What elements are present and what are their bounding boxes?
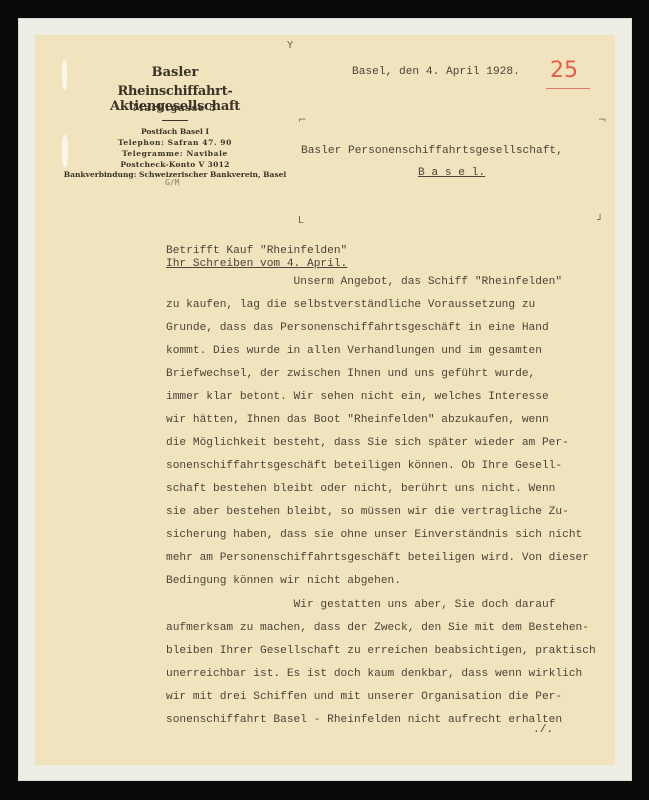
subject-line-2: Ihr Schreiben vom 4. April. [166,258,347,270]
body-line: sicherung haben, dass sie ohne unser Ein… [166,529,582,541]
body-line: sie aber bestehen bleibt, so müssen wir … [166,506,569,518]
body-line: Grunde, dass das Personenschiffahrtsgesc… [166,322,549,334]
initials-mark: G/M [165,178,179,187]
continuation-mark: ./. [533,724,553,736]
annotation-underline [546,88,590,89]
fold-mark-icon: Y [287,40,293,51]
page-number-annotation: 25 [550,58,578,83]
corner-mark-bottom-right-icon: ┘ [597,215,603,226]
letterhead-telegram: Telegramme: Navibale [60,148,290,159]
corner-mark-top-right-icon: ¬ [598,115,606,126]
company-address: Marktgasse 5 [60,103,290,114]
body-line: wir hätten, Ihnen das Boot "Rheinfelden"… [166,414,549,426]
corner-mark-bottom-left-icon: L [298,215,304,226]
letterhead-postcheck: Postcheck-Konto V 3012 [60,159,290,170]
body-line: aufmerksam zu machen, dass der Zweck, de… [166,622,589,634]
body-line: bleiben Ihrer Gesellschaft zu erreichen … [166,645,596,657]
body-line: Wir gestatten uns aber, Sie doch darauf [166,599,555,611]
body-line: zu kaufen, lag die selbstverständliche V… [166,299,535,311]
date-line: Basel, den 4. April 1928. [352,66,520,78]
body-line: Bedingung können wir nicht abgehen. [166,575,401,587]
recipient-name: Basler Personenschiffahrtsgesellschaft, [301,145,563,157]
body-line: kommt. Dies wurde in allen Verhandlungen… [166,345,542,357]
body-line: schaft bestehen bleibt oder nicht, berüh… [166,483,555,495]
letterhead-postfach: Postfach Basel I [60,126,290,137]
body-line: die Möglichkeit besteht, dass Sie sich s… [166,437,569,449]
body-line: mehr am Personenschiffahrtsgeschäft bete… [166,552,589,564]
corner-mark-top-left-icon: ⌐ [298,115,306,126]
body-line: sonenschiffahrtsgeschäft beteiligen könn… [166,460,562,472]
letterhead-rule [162,120,188,121]
body-line: Unserm Angebot, das Schiff "Rheinfelden" [166,276,562,288]
body-line: Briefwechsel, der zwischen Ihnen und uns… [166,368,535,380]
subject-line-1: Betrifft Kauf "Rheinfelden" [166,245,347,257]
recipient-city: B a s e l. [418,167,485,179]
body-line: immer klar betont. Wir sehen nicht ein, … [166,391,549,403]
company-name-line1: Basler [60,65,290,80]
body-line: sonenschiffahrt Basel - Rheinfelden nich… [166,714,562,726]
body-line: unerreichbar ist. Es ist doch kaum denkb… [166,668,582,680]
body-line: wir mit drei Schiffen und mit unserer Or… [166,691,562,703]
letterhead-telephone: Telephon: Safran 47. 90 [60,137,290,148]
